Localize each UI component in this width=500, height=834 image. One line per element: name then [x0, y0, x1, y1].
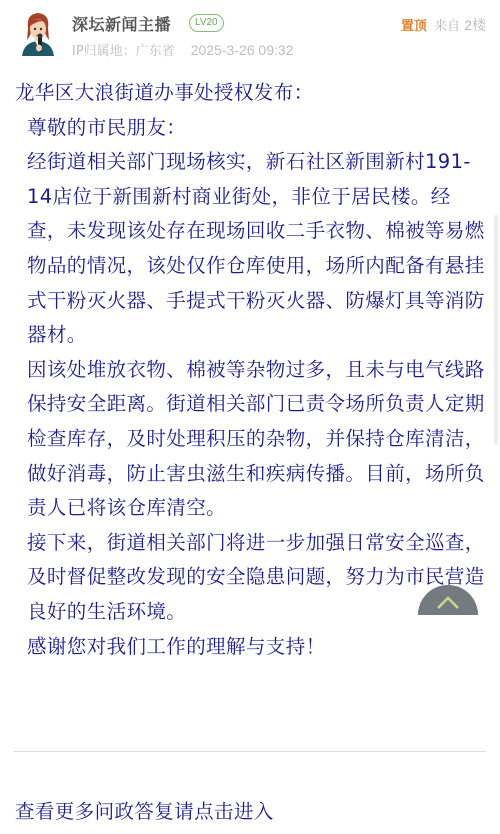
post-paragraph-greeting: 尊敬的市民朋友：: [15, 111, 485, 146]
post-meta: IP归属地：广东省2025-3-26 09:32: [72, 40, 293, 59]
post-body: 龙华区大浪街道办事处授权发布： 尊敬的市民朋友： 经街道相关部门现场核实，新石社…: [15, 76, 485, 664]
pinned-badge: 置顶: [401, 19, 427, 34]
post-paragraph-next-steps: 接下来，街道相关部门将进一步加强日常安全巡查，及时督促整改发现的安全隐患问题，努…: [15, 526, 485, 630]
divider: [14, 751, 486, 752]
post-paragraph-thanks: 感谢您对我们工作的理解与支持！: [15, 630, 485, 665]
avatar[interactable]: [16, 10, 60, 56]
username[interactable]: 深坛新闻主播: [72, 12, 171, 35]
post-timestamp: 2025-3-26 09:32: [191, 42, 294, 58]
post-paragraph-title: 龙华区大浪街道办事处授权发布：: [15, 76, 485, 111]
scrollbar[interactable]: [494, 215, 498, 445]
ip-location: IP归属地：广东省: [72, 44, 175, 59]
chevron-up-icon: [436, 595, 460, 609]
news-anchor-avatar-icon: [16, 10, 60, 56]
floor-number: 2楼: [464, 17, 486, 33]
post-floor-info: 置顶 来自 2楼: [401, 15, 486, 35]
post-paragraph-findings: 经街道相关部门现场核实，新石社区新围新村191-14店位于新围新村商业街处，非位…: [15, 145, 485, 353]
post-header: 深坛新闻主播 LV20 IP归属地：广东省2025-3-26 09:32 置顶 …: [0, 0, 500, 66]
more-replies-link[interactable]: 查看更多问政答复请点击进入: [15, 796, 274, 824]
level-badge: LV20: [189, 14, 224, 32]
source-label: 来自: [434, 19, 460, 34]
post-paragraph-actions: 因该处堆放衣物、棉被等杂物过多，且未与电气线路保持安全距离。街道相关部门已责令场…: [15, 353, 485, 526]
